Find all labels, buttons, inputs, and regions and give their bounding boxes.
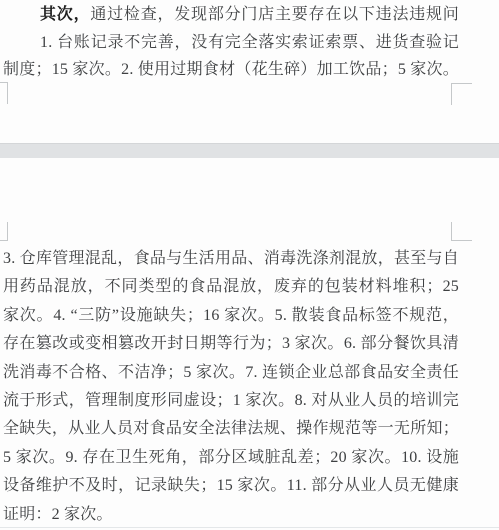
text-line: 家次。4. “三防”设施缺失；16 家次。5. 散装食品标签不规范，	[3, 302, 459, 330]
text-line: 设备维护不及时，记录缺失；15 家次。11. 部分从业人员无健康	[3, 472, 459, 500]
bold-lead-text: 其次，	[40, 6, 90, 23]
page1-paragraph: 其次，通过检查，发现部分门店主要存在以下违法违规问题：1. 台账记录不完善，没有…	[3, 1, 459, 84]
text-line: 制度；15 家次。2. 使用过期食材（花生碎）加工饮品；5 家次。	[3, 56, 459, 84]
text-line: 存在篡改或变相篡改开封日期等行为；3 家次。6. 部分餐饮具清	[3, 330, 459, 358]
page2-paragraph: 3. 仓库管理混乱，食品与生活用品、消毒洗涤剂混放，甚至与自用药品混放，不同类型…	[3, 245, 459, 529]
text-line: 5 家次。9. 存在卫生死角，部分区域脏乱差；20 家次。10. 设施	[3, 444, 459, 472]
page2-top-right-margin-mark	[451, 222, 472, 241]
text-line: 其次，通过检查，发现部分门店主要存在以下违法违规问题：	[3, 1, 459, 29]
page1-bottom-left-margin-mark	[0, 82, 8, 104]
page1-bottom-right-margin-mark	[451, 83, 472, 105]
text-line: 全缺失，从业人员对食品安全法律法规、操作规范等一无所知；	[3, 415, 459, 443]
text-line: 证明：2 家次。	[3, 501, 459, 529]
text-line: 1. 台账记录不完善，没有完全落实索证索票、进货查验记录	[3, 29, 459, 57]
document-viewport: 其次，通过检查，发现部分门店主要存在以下违法违规问题：1. 台账记录不完善，没有…	[0, 0, 499, 530]
text-line: 用药品混放，不同类型的食品混放，废弃的包装材料堆积；25	[3, 273, 459, 301]
text-line: 洗消毒不合格、不洁净；5 家次。7. 连锁企业总部食品安全责任	[3, 359, 459, 387]
text-line: 3. 仓库管理混乱，食品与生活用品、消毒洗涤剂混放，甚至与自	[3, 245, 459, 273]
text-line: 流于形式，管理制度形同虚设；1 家次。8. 对从业人员的培训完	[3, 387, 459, 415]
page2-top-left-margin-mark	[0, 222, 8, 241]
page-break-band	[0, 143, 499, 158]
bottom-faint-line	[0, 527, 499, 528]
